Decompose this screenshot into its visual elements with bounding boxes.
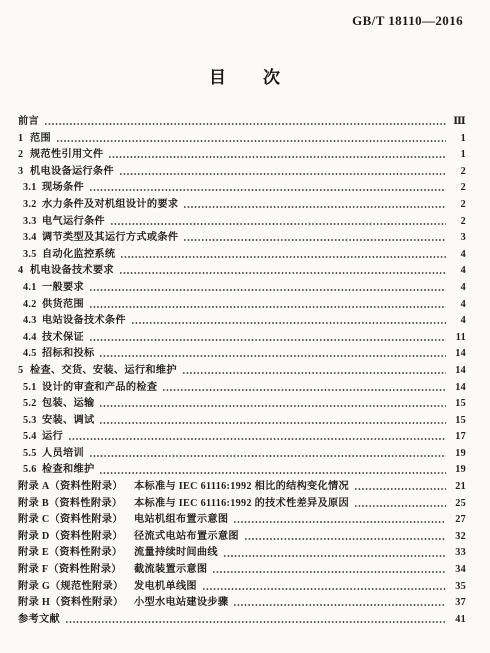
toc-entry-label: 包装、运输 [42,396,94,413]
toc-row: 参考文献41 [18,612,466,629]
toc-dots-leader [233,512,446,529]
toc-annex-prefix: 附录 F（资料性附录） [18,562,134,579]
toc-dots-leader [120,247,446,264]
toc-entry-page: 4 [450,313,466,330]
toc-dots-leader [89,180,446,197]
toc-entry-label: 招标和投标 [42,346,94,363]
toc-row: 5.6检查和维护19 [18,462,466,479]
toc-entry-number: 5 [18,363,30,380]
toc-entry-page: 4 [450,247,466,264]
toc-row: 4机电设备技术要求4 [18,263,466,280]
page-title: 目 次 [0,63,490,88]
toc-entry-number: 3.2 [23,197,42,214]
toc-entry-label: 规范性引用文件 [30,147,103,164]
toc-entry-page: 2 [450,214,466,231]
toc-entry-page: 3 [450,230,466,247]
toc-row: 5.1设计的审查和产品的检查14 [18,380,466,397]
toc-entry-label: 现场条件 [42,180,84,197]
toc-entry-label: 电气运行条件 [42,214,105,231]
toc-entry-page: 15 [450,413,466,430]
toc-row: 4.1一般要求4 [18,280,466,297]
toc-annex-prefix: 附录 H（资料性附录） [18,595,134,612]
toc-dots-leader [89,280,446,297]
toc-dots-leader [354,479,446,496]
toc-entry-label: 人员培训 [42,446,84,463]
toc-entry-page: 2 [450,180,466,197]
toc-annex-prefix: 附录 B（资料性附录） [18,496,134,513]
toc-entry-page: 15 [450,396,466,413]
toc-entry-label: 小型水电站建设步骤 [134,595,228,612]
toc-entry-page: 4 [450,280,466,297]
toc-entry-page: 27 [450,512,466,529]
toc-dots-leader [89,330,446,347]
toc-entry-page: 37 [450,595,466,612]
toc-row: 附录 D（资料性附录）径流式电站布置示意图32 [18,529,466,546]
toc-entry-page: 11 [450,330,466,347]
toc-row: 4.3电站设备技术条件4 [18,313,466,330]
toc-dots-leader [162,380,446,397]
toc-row: 5.3安装、调试15 [18,413,466,430]
toc-entry-label: 截流装置示意图 [134,562,207,579]
document-page: GB/T 18110—2016 目 次 前言Ⅲ1范围12规范性引用文件13机电设… [0,0,490,653]
toc-entry-page: Ⅲ [450,114,466,131]
toc-row: 3.5自动化监控系统4 [18,247,466,264]
toc-row: 附录 B（资料性附录）本标准与 IEC 61116:1992 的技术性差异及原因… [18,496,466,513]
toc-entry-number: 4.3 [23,313,42,330]
table-of-contents: 前言Ⅲ1范围12规范性引用文件13机电设备运行条件23.1现场条件23.2水力条… [0,114,490,628]
toc-entry-label: 调节类型及其运行方式或条件 [42,230,178,247]
toc-row: 附录 E（资料性附录）流量持续时间曲线33 [18,545,466,562]
toc-dots-leader [65,612,446,629]
toc-row: 2规范性引用文件1 [18,147,466,164]
toc-row: 附录 G（规范性附录）发电机单线图35 [18,579,466,596]
toc-row: 4.5招标和投标14 [18,346,466,363]
toc-entry-number: 4 [18,263,30,280]
toc-entry-page: 1 [450,131,466,148]
toc-entry-page: 19 [450,462,466,479]
toc-annex-prefix: 附录 E（资料性附录） [18,545,134,562]
toc-entry-label: 发电机单线图 [134,579,197,596]
toc-dots-leader [108,147,446,164]
toc-entry-label: 本标准与 IEC 61116:1992 相比的结构变化情况 [134,479,349,496]
toc-entry-label: 径流式电站布置示意图 [134,529,239,546]
toc-entry-label: 供货范围 [42,297,84,314]
toc-row: 5.2包装、运输15 [18,396,466,413]
toc-entry-number: 2 [18,147,30,164]
toc-dots-leader [89,297,446,314]
toc-dots-leader [233,595,446,612]
toc-entry-number: 3.4 [23,230,42,247]
toc-dots-leader [119,164,446,181]
toc-entry-page: 17 [450,429,466,446]
toc-entry-number: 3.3 [23,214,42,231]
toc-entry-label: 本标准与 IEC 61116:1992 的技术性差异及原因 [134,496,349,513]
toc-entry-page: 35 [450,579,466,596]
toc-dots-leader [183,230,446,247]
toc-dots-leader [182,363,446,380]
toc-entry-label: 自动化监控系统 [42,247,115,264]
toc-dots-leader [183,197,446,214]
toc-entry-page: 33 [450,545,466,562]
toc-entry-page: 14 [450,380,466,397]
toc-dots-leader [212,562,446,579]
toc-entry-label: 安装、调试 [42,413,94,430]
toc-entry-label: 参考文献 [18,612,60,629]
toc-entry-label: 范围 [30,131,51,148]
toc-entry-page: 34 [450,562,466,579]
toc-entry-label: 电站机组布置示意图 [134,512,228,529]
toc-row: 3.3电气运行条件2 [18,214,466,231]
toc-row: 5.4运行17 [18,429,466,446]
toc-entry-label: 电站设备技术条件 [42,313,126,330]
toc-entry-page: 14 [450,363,466,380]
toc-entry-page: 25 [450,496,466,513]
toc-dots-leader [99,346,446,363]
toc-entry-label: 机电设备技术要求 [30,263,114,280]
toc-dots-leader [110,214,446,231]
toc-dots-leader [99,413,446,430]
toc-annex-prefix: 附录 A（资料性附录） [18,479,134,496]
toc-row: 5检查、交货、安装、运行和维护14 [18,363,466,380]
toc-entry-page: 41 [450,612,466,629]
toc-entry-page: 19 [450,446,466,463]
toc-entry-page: 32 [450,529,466,546]
toc-entry-page: 21 [450,479,466,496]
toc-dots-leader [99,396,446,413]
toc-row: 附录 F（资料性附录）截流装置示意图34 [18,562,466,579]
toc-entry-number: 3.5 [23,247,42,264]
toc-entry-page: 14 [450,346,466,363]
toc-dots-leader [56,131,446,148]
toc-entry-number: 4.2 [23,297,42,314]
toc-dots-leader [202,579,446,596]
toc-entry-number: 5.1 [23,380,42,397]
toc-row: 4.4技术保证11 [18,330,466,347]
toc-entry-label: 水力条件及对机组设计的要求 [42,197,178,214]
toc-entry-number: 5.4 [23,429,42,446]
toc-dots-leader [99,462,446,479]
toc-entry-label: 一般要求 [42,280,84,297]
toc-entry-number: 5.6 [23,462,42,479]
toc-entry-page: 4 [450,263,466,280]
toc-row: 附录 H（资料性附录）小型水电站建设步骤37 [18,595,466,612]
toc-row: 附录 C（资料性附录）电站机组布置示意图27 [18,512,466,529]
toc-row: 前言Ⅲ [18,114,466,131]
toc-entry-number: 5.2 [23,396,42,413]
toc-entry-label: 设计的审查和产品的检查 [42,380,157,397]
toc-row: 3机电设备运行条件2 [18,164,466,181]
toc-row: 5.5人员培训19 [18,446,466,463]
toc-entry-number: 4.5 [23,346,42,363]
toc-row: 3.1现场条件2 [18,180,466,197]
toc-entry-label: 技术保证 [42,330,84,347]
toc-entry-label: 流量持续时间曲线 [134,545,218,562]
toc-dots-leader [244,529,446,546]
toc-entry-label: 检查、交货、安装、运行和维护 [30,363,177,380]
toc-row: 1范围1 [18,131,466,148]
toc-annex-prefix: 附录 D（资料性附录） [18,529,134,546]
toc-annex-prefix: 附录 C（资料性附录） [18,512,134,529]
toc-dots-leader [89,446,446,463]
toc-entry-page: 4 [450,297,466,314]
toc-entry-number: 4.4 [23,330,42,347]
toc-row: 4.2供货范围4 [18,297,466,314]
toc-entry-number: 1 [18,131,30,148]
toc-dots-leader [354,496,446,513]
toc-annex-prefix: 附录 G（规范性附录） [18,579,134,596]
toc-entry-number: 3 [18,164,30,181]
toc-dots-leader [44,114,446,131]
standard-number: GB/T 18110—2016 [0,13,490,29]
toc-row: 附录 A（资料性附录）本标准与 IEC 61116:1992 相比的结构变化情况… [18,479,466,496]
toc-entry-label: 检查和维护 [42,462,94,479]
toc-entry-page: 2 [450,164,466,181]
toc-entry-label: 机电设备运行条件 [30,164,114,181]
toc-entry-page: 1 [450,147,466,164]
toc-dots-leader [68,429,446,446]
toc-row: 3.2水力条件及对机组设计的要求2 [18,197,466,214]
toc-entry-number: 3.1 [23,180,42,197]
toc-entry-label: 前言 [18,114,39,131]
toc-entry-label: 运行 [42,429,63,446]
toc-entry-number: 4.1 [23,280,42,297]
toc-dots-leader [131,313,446,330]
toc-row: 3.4调节类型及其运行方式或条件3 [18,230,466,247]
toc-entry-number: 5.5 [23,446,42,463]
toc-dots-leader [223,545,446,562]
toc-entry-page: 2 [450,197,466,214]
toc-entry-number: 5.3 [23,413,42,430]
toc-dots-leader [119,263,446,280]
